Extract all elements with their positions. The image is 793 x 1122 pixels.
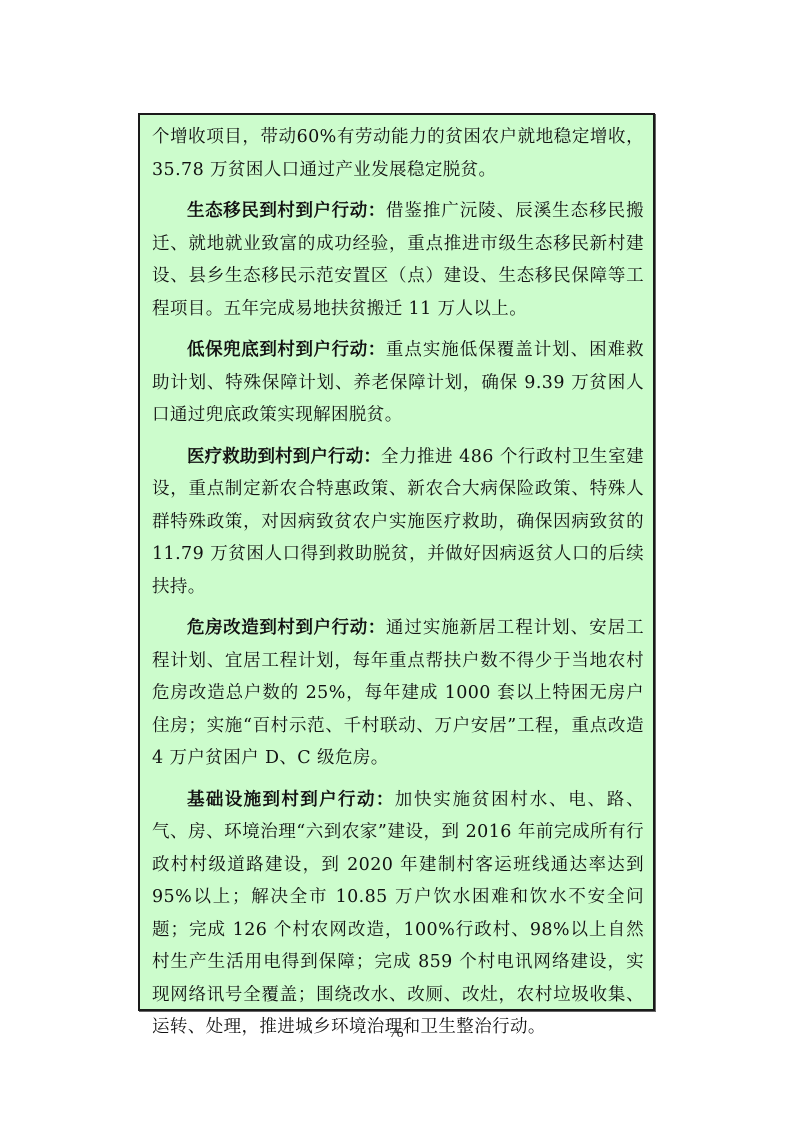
page-number: 76 (0, 1026, 793, 1042)
paragraph-heading: 低保兜底到村到户行动： (187, 340, 386, 360)
paragraph-minimum-security: 低保兜底到村到户行动：重点实施低保覆盖计划、困难救助计划、特殊保障计划、养老保障… (152, 334, 644, 432)
paragraph-medical-aid: 医疗救助到村到户行动：全力推进 486 个行政村卫生室建设，重点制定新农合特惠政… (152, 441, 644, 604)
paragraph-heading: 生态移民到村到户行动： (187, 201, 386, 221)
paragraph-body: 全力推进 486 个行政村卫生室建设，重点制定新农合特惠政策、新农合大病保险政策… (152, 447, 644, 597)
paragraph-continuation: 个增收项目，带动60%有劳动能力的贫困农户就地稳定增收，35.78 万贫困人口通… (152, 121, 644, 186)
paragraph-heading: 危房改造到村到户行动： (187, 618, 386, 638)
paragraph-infrastructure: 基础设施到村到户行动：加快实施贫困村水、电、路、气、房、环境治理“六到农家”建设… (152, 784, 644, 1044)
highlight-box: 个增收项目，带动60%有劳动能力的贫困农户就地稳定增收，35.78 万贫困人口通… (138, 113, 655, 1011)
paragraph-housing-renovation: 危房改造到村到户行动：通过实施新居工程计划、安居工程计划、宜居工程计划，每年重点… (152, 612, 644, 775)
paragraph-heading: 医疗救助到村到户行动： (187, 447, 381, 467)
paragraph-body: 加快实施贫困村水、电、路、气、房、环境治理“六到农家”建设，到 2016 年前完… (152, 790, 644, 1038)
paragraph-body: 个增收项目，带动60%有劳动能力的贫困农户就地稳定增收，35.78 万贫困人口通… (152, 127, 644, 180)
paragraph-ecological-migration: 生态移民到村到户行动：借鉴推广沅陵、辰溪生态移民搬迁、就地就业致富的成功经验，重… (152, 195, 644, 325)
paragraph-body: 通过实施新居工程计划、安居工程计划、宜居工程计划，每年重点帮扶户数不得少于当地农… (152, 618, 644, 768)
paragraph-heading: 基础设施到村到户行动： (187, 790, 395, 810)
box-content: 个增收项目，带动60%有劳动能力的贫困农户就地稳定增收，35.78 万贫困人口通… (152, 121, 644, 1053)
